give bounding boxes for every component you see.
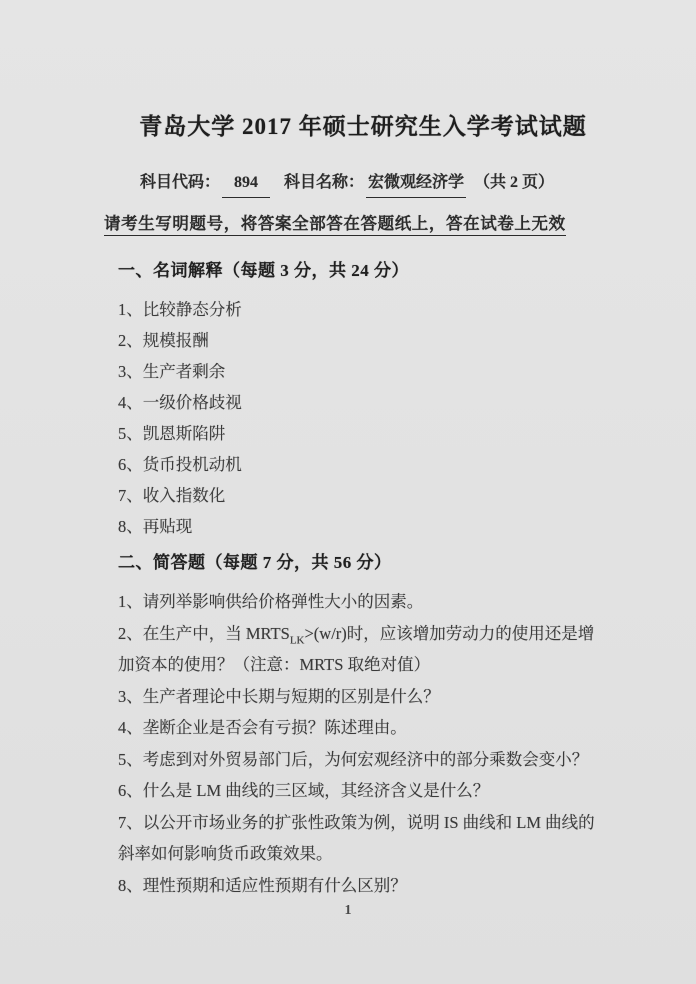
- definition-item: 8、再贴现: [118, 511, 608, 542]
- definition-item: 7、收入指数化: [118, 480, 608, 511]
- exam-paper-page: 青岛大学 2017 年硕士研究生入学考试试题 科目代码：894科目名称：宏微观经…: [0, 0, 696, 984]
- exam-instruction: 请考生写明题号，将答案全部答在答题纸上，答在试卷上无效: [104, 210, 608, 238]
- definition-item: 5、凯恩斯陷阱: [118, 418, 608, 449]
- section-heading-short-answer: 二、简答题（每题 7 分，共 56 分）: [118, 548, 608, 578]
- short-answer-item: 4、垄断企业是否会有亏损？陈述理由。: [118, 712, 608, 744]
- short-answer-item: 6、什么是 LM 曲线的三区域，其经济含义是什么？: [118, 775, 608, 807]
- definition-item: 2、规模报酬: [118, 325, 608, 356]
- page-count-note: （共 2 页）: [474, 174, 554, 191]
- section-short-answer: 二、简答题（每题 7 分，共 56 分） 1、请列举影响供给价格弹性大小的因素。…: [118, 548, 608, 901]
- short-answer-item: 5、考虑到对外贸易部门后，为何宏观经济中的部分乘数会变小？: [118, 744, 608, 776]
- question-text-pre: 2、在生产中，当 MRTS: [118, 624, 290, 643]
- subject-name-value: 宏微观经济学: [366, 170, 466, 198]
- short-answer-item: 3、生产者理论中长期与短期的区别是什么？: [118, 681, 608, 713]
- short-answer-item: 7、以公开市场业务的扩张性政策为例，说明 IS 曲线和 LM 曲线的斜率如何影响…: [118, 807, 608, 870]
- definition-item: 4、一级价格歧视: [118, 387, 608, 418]
- mrts-subscript: LK: [290, 634, 305, 646]
- short-answer-item: 8、理性预期和适应性预期有什么区别？: [118, 870, 608, 902]
- subject-code-label: 科目代码：: [140, 174, 220, 191]
- section-heading-definitions: 一、名词解释（每题 3 分，共 24 分）: [118, 256, 608, 286]
- definition-item: 3、生产者剩余: [118, 356, 608, 387]
- exam-content: 青岛大学 2017 年硕士研究生入学考试试题 科目代码：894科目名称：宏微观经…: [118, 110, 608, 901]
- page-title: 青岛大学 2017 年硕士研究生入学考试试题: [118, 110, 608, 144]
- subject-name-label: 科目名称：: [284, 174, 364, 191]
- definition-item: 6、货币投机动机: [118, 449, 608, 480]
- short-answer-item: 2、在生产中，当 MRTSLK>(w/r)时，应该增加劳动力的使用还是增加资本的…: [118, 618, 608, 681]
- section-definitions: 一、名词解释（每题 3 分，共 24 分） 1、比较静态分析 2、规模报酬 3、…: [118, 256, 608, 542]
- definition-item: 1、比较静态分析: [118, 294, 608, 325]
- exam-instruction-text: 请考生写明题号，将答案全部答在答题纸上，答在试卷上无效: [104, 214, 566, 236]
- short-answer-item: 1、请列举影响供给价格弹性大小的因素。: [118, 586, 608, 618]
- page-number: 1: [0, 903, 696, 919]
- subject-meta-line: 科目代码：894科目名称：宏微观经济学（共 2 页）: [140, 170, 608, 198]
- subject-code-value: 894: [222, 170, 270, 198]
